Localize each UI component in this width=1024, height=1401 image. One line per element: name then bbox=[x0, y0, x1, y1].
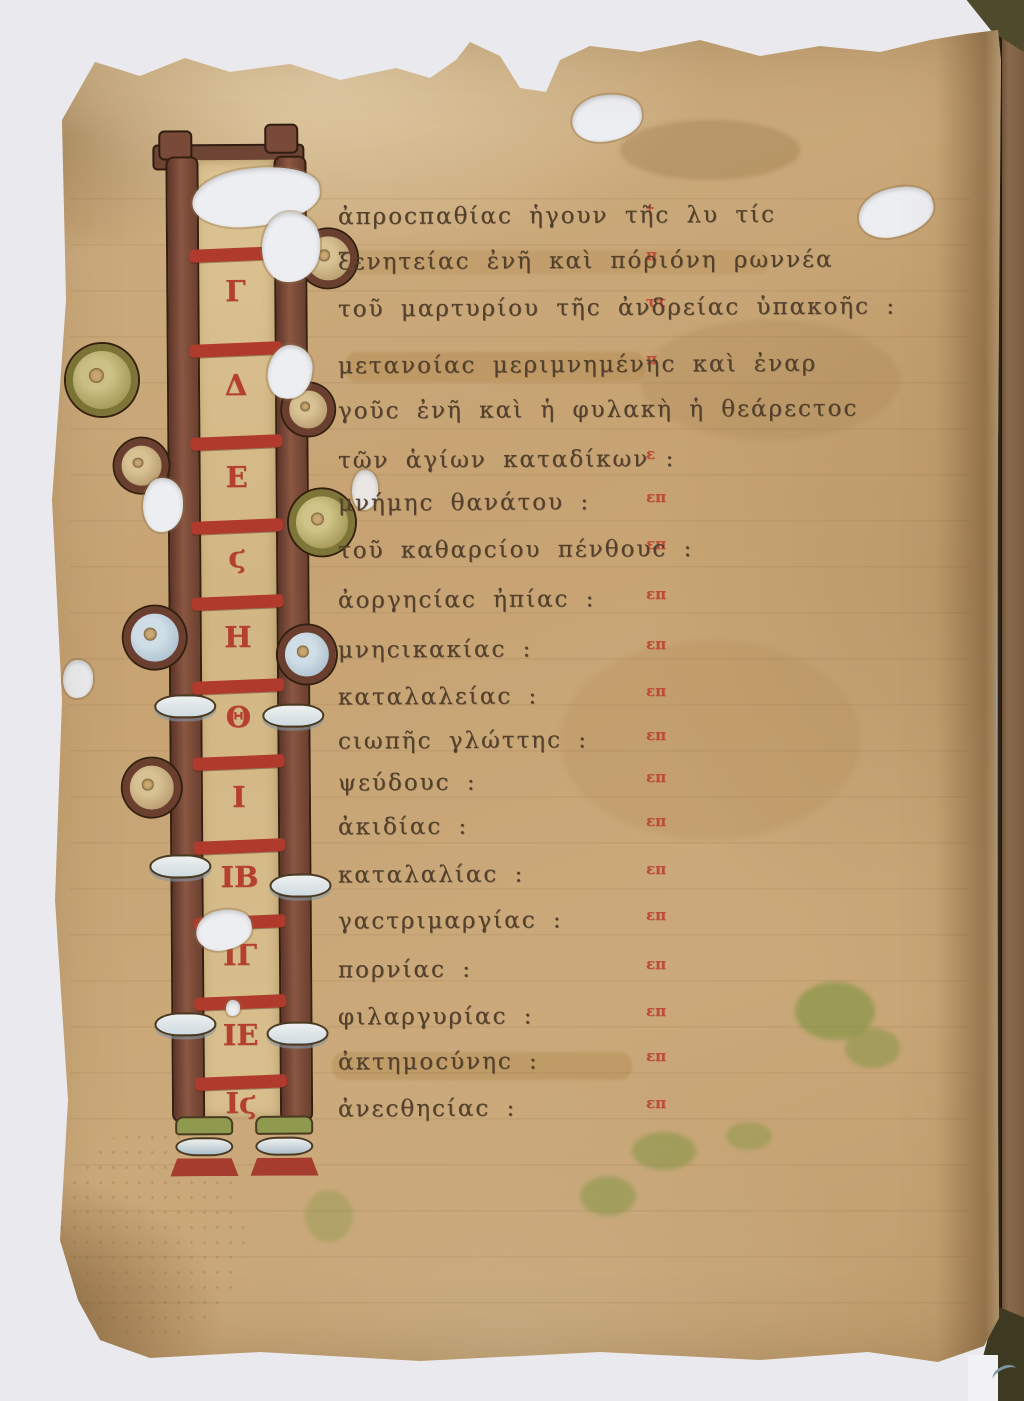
rubric-mark: επ bbox=[646, 1096, 663, 1110]
step-numeral: Ε bbox=[197, 460, 277, 495]
base-capital bbox=[175, 1116, 233, 1135]
ladder-finial bbox=[264, 124, 298, 154]
text-line: επ ϲιωπῆϲ γλώττηϲ : bbox=[338, 728, 588, 758]
text-line: επ ἀκιδίαϲ : bbox=[338, 814, 468, 844]
rubric-mark: επ bbox=[646, 957, 663, 971]
column-base bbox=[175, 1116, 233, 1176]
line-text: γαϲτριμαργίαϲ : bbox=[338, 907, 563, 934]
column-base bbox=[255, 1115, 313, 1175]
text-line: επ ἀνεϲθηϲίαϲ : bbox=[338, 1096, 516, 1126]
base-plinth bbox=[170, 1158, 238, 1176]
line-text: ἀκτημοϲύνηϲ : bbox=[338, 1048, 539, 1075]
rubric-mark: επ bbox=[646, 637, 663, 651]
green-mould-stain bbox=[580, 1176, 636, 1216]
line-text: τοῦ καθαρϲίου πένθουϲ : bbox=[338, 536, 693, 564]
scroll-ring-ornament bbox=[123, 758, 181, 816]
text-line: γοῦϲ ἐνῆ καὶ ἡ φυλακὴ ἡ θεάρεϲτοϲ bbox=[338, 397, 858, 427]
step-numeral: Γ bbox=[195, 274, 275, 309]
parchment-hole bbox=[143, 478, 183, 532]
collar-molding bbox=[269, 873, 331, 897]
collar-molding bbox=[149, 854, 211, 878]
line-text: φιλαργυρίαϲ : bbox=[338, 1003, 534, 1030]
collar-molding bbox=[154, 1012, 216, 1036]
parchment-hole bbox=[262, 212, 320, 282]
rubric-mark: επ bbox=[646, 770, 663, 784]
text-line: επ καταλαλίαϲ : bbox=[338, 862, 524, 892]
collar-molding bbox=[262, 703, 324, 727]
line-text: ἀκιδίαϲ : bbox=[338, 814, 468, 841]
rubric-mark: επ bbox=[646, 814, 663, 828]
text-line: επ γαϲτριμαργίαϲ : bbox=[338, 908, 563, 938]
scroll-ring-ornament bbox=[278, 625, 336, 683]
rubric-mark: επ bbox=[646, 684, 663, 698]
base-plinth bbox=[250, 1157, 318, 1175]
rubric-mark: επ bbox=[646, 908, 663, 922]
step-numeral: ϛ bbox=[197, 540, 277, 575]
collar-molding bbox=[154, 694, 216, 718]
green-mould-stain bbox=[845, 1028, 900, 1068]
step-numeral: Η bbox=[198, 620, 278, 655]
text-line: επ ἀκτημοϲύνηϲ : bbox=[338, 1049, 539, 1079]
line-text: τῶν ἁγίων καταδίκων : bbox=[338, 446, 675, 474]
line-text: γοῦϲ ἐνῆ καὶ ἡ φυλακὴ ἡ θεάρεϲτοϲ bbox=[338, 396, 858, 425]
parchment-hole bbox=[226, 1000, 240, 1016]
text-line: επ καταλαλείαϲ : bbox=[338, 684, 538, 714]
green-mould-stain bbox=[632, 1132, 696, 1170]
green-mould-stain bbox=[726, 1122, 772, 1150]
manuscript-photo: Γ Δ Ε ϛ Η Θ Ι ΙΒ ΙΓ ΙΕ Ιϛ bbox=[0, 0, 1024, 1401]
base-molding bbox=[255, 1136, 313, 1155]
line-text: πορνίαϲ : bbox=[338, 957, 472, 984]
brown-stain bbox=[620, 120, 800, 180]
text-line: επ ψεύδουϲ : bbox=[338, 770, 477, 800]
text-line: επ πορνίαϲ : bbox=[338, 957, 472, 987]
text-line: π μετανοίαϲ μεριμνημένηϲ καὶ ἐναρ bbox=[338, 352, 817, 382]
base-capital bbox=[255, 1115, 313, 1134]
line-text: ψεύδουϲ : bbox=[338, 770, 477, 797]
line-text: μνήμηϲ θανάτου : bbox=[338, 489, 590, 516]
line-text: ξενητείαϲ ἐνῆ καὶ πόριόνη ρωννέα bbox=[338, 247, 834, 276]
rubric-mark: επ bbox=[646, 728, 663, 742]
step-numeral: Δ bbox=[196, 368, 276, 403]
text-line: επ μνηϲικακίαϲ : bbox=[338, 637, 532, 667]
right-edge-fold-shading bbox=[936, 30, 1006, 1360]
parchment-hole bbox=[63, 660, 93, 698]
text-line: ττ τοῦ μαρτυρίου τῆϲ ἀνδρείαϲ ὑπακοῆϲ : bbox=[338, 295, 896, 325]
rubric-mark: επ bbox=[646, 490, 663, 504]
line-text: ϲιωπῆϲ γλώττηϲ : bbox=[338, 727, 588, 754]
text-line: † ἀπροϲπαθίαϲ ἡγουν τῆϲ λυ τίϲ bbox=[338, 203, 776, 233]
illuminated-ladder-border: Γ Δ Ε ϛ Η Θ Ι ΙΒ ΙΓ ΙΕ Ιϛ bbox=[146, 137, 331, 1203]
scroll-ring-ornament bbox=[124, 606, 186, 668]
line-text: μνηϲικακίαϲ : bbox=[338, 636, 533, 663]
scroll-ring-ornament bbox=[66, 344, 139, 417]
line-text: ἀνεϲθηϲίαϲ : bbox=[338, 1096, 516, 1123]
rubric-mark: επ bbox=[646, 587, 663, 601]
text-line: ε τῶν ἁγίων καταδίκων : bbox=[338, 447, 675, 477]
text-line: επ τοῦ καθαρϲίου πένθουϲ : bbox=[338, 537, 693, 567]
line-text: ἀοργηϲίαϲ ἠπίαϲ : bbox=[338, 586, 596, 613]
parchment-leaf: Γ Δ Ε ϛ Η Θ Ι ΙΒ ΙΓ ΙΕ Ιϛ bbox=[0, 0, 1024, 1401]
rubric-mark: επ bbox=[646, 862, 663, 876]
brown-stain bbox=[560, 640, 860, 840]
text-line: π ξενητείαϲ ἐνῆ καὶ πόριόνη ρωννέα bbox=[338, 248, 834, 278]
text-line: επ ἀοργηϲίαϲ ἠπίαϲ : bbox=[338, 587, 595, 617]
line-text: καταλαλείαϲ : bbox=[338, 683, 538, 710]
rubric-mark: επ bbox=[646, 1049, 663, 1063]
text-line: επ φιλαργυρίαϲ : bbox=[338, 1004, 534, 1034]
line-text: ἀπροϲπαθίαϲ ἡγουν τῆϲ λυ τίϲ bbox=[338, 202, 776, 230]
text-line: επ μνήμηϲ θανάτου : bbox=[338, 490, 590, 520]
base-molding bbox=[175, 1137, 233, 1156]
step-numeral: Ι bbox=[199, 780, 279, 815]
collar-molding bbox=[266, 1021, 328, 1045]
line-text: τοῦ μαρτυρίου τῆϲ ἀνδρείαϲ ὑπακοῆϲ : bbox=[338, 294, 896, 323]
line-text: καταλαλίαϲ : bbox=[338, 862, 524, 889]
rubric-mark: επ bbox=[646, 1004, 663, 1018]
line-text: μετανοίαϲ μεριμνημένηϲ καὶ ἐναρ bbox=[338, 351, 817, 380]
